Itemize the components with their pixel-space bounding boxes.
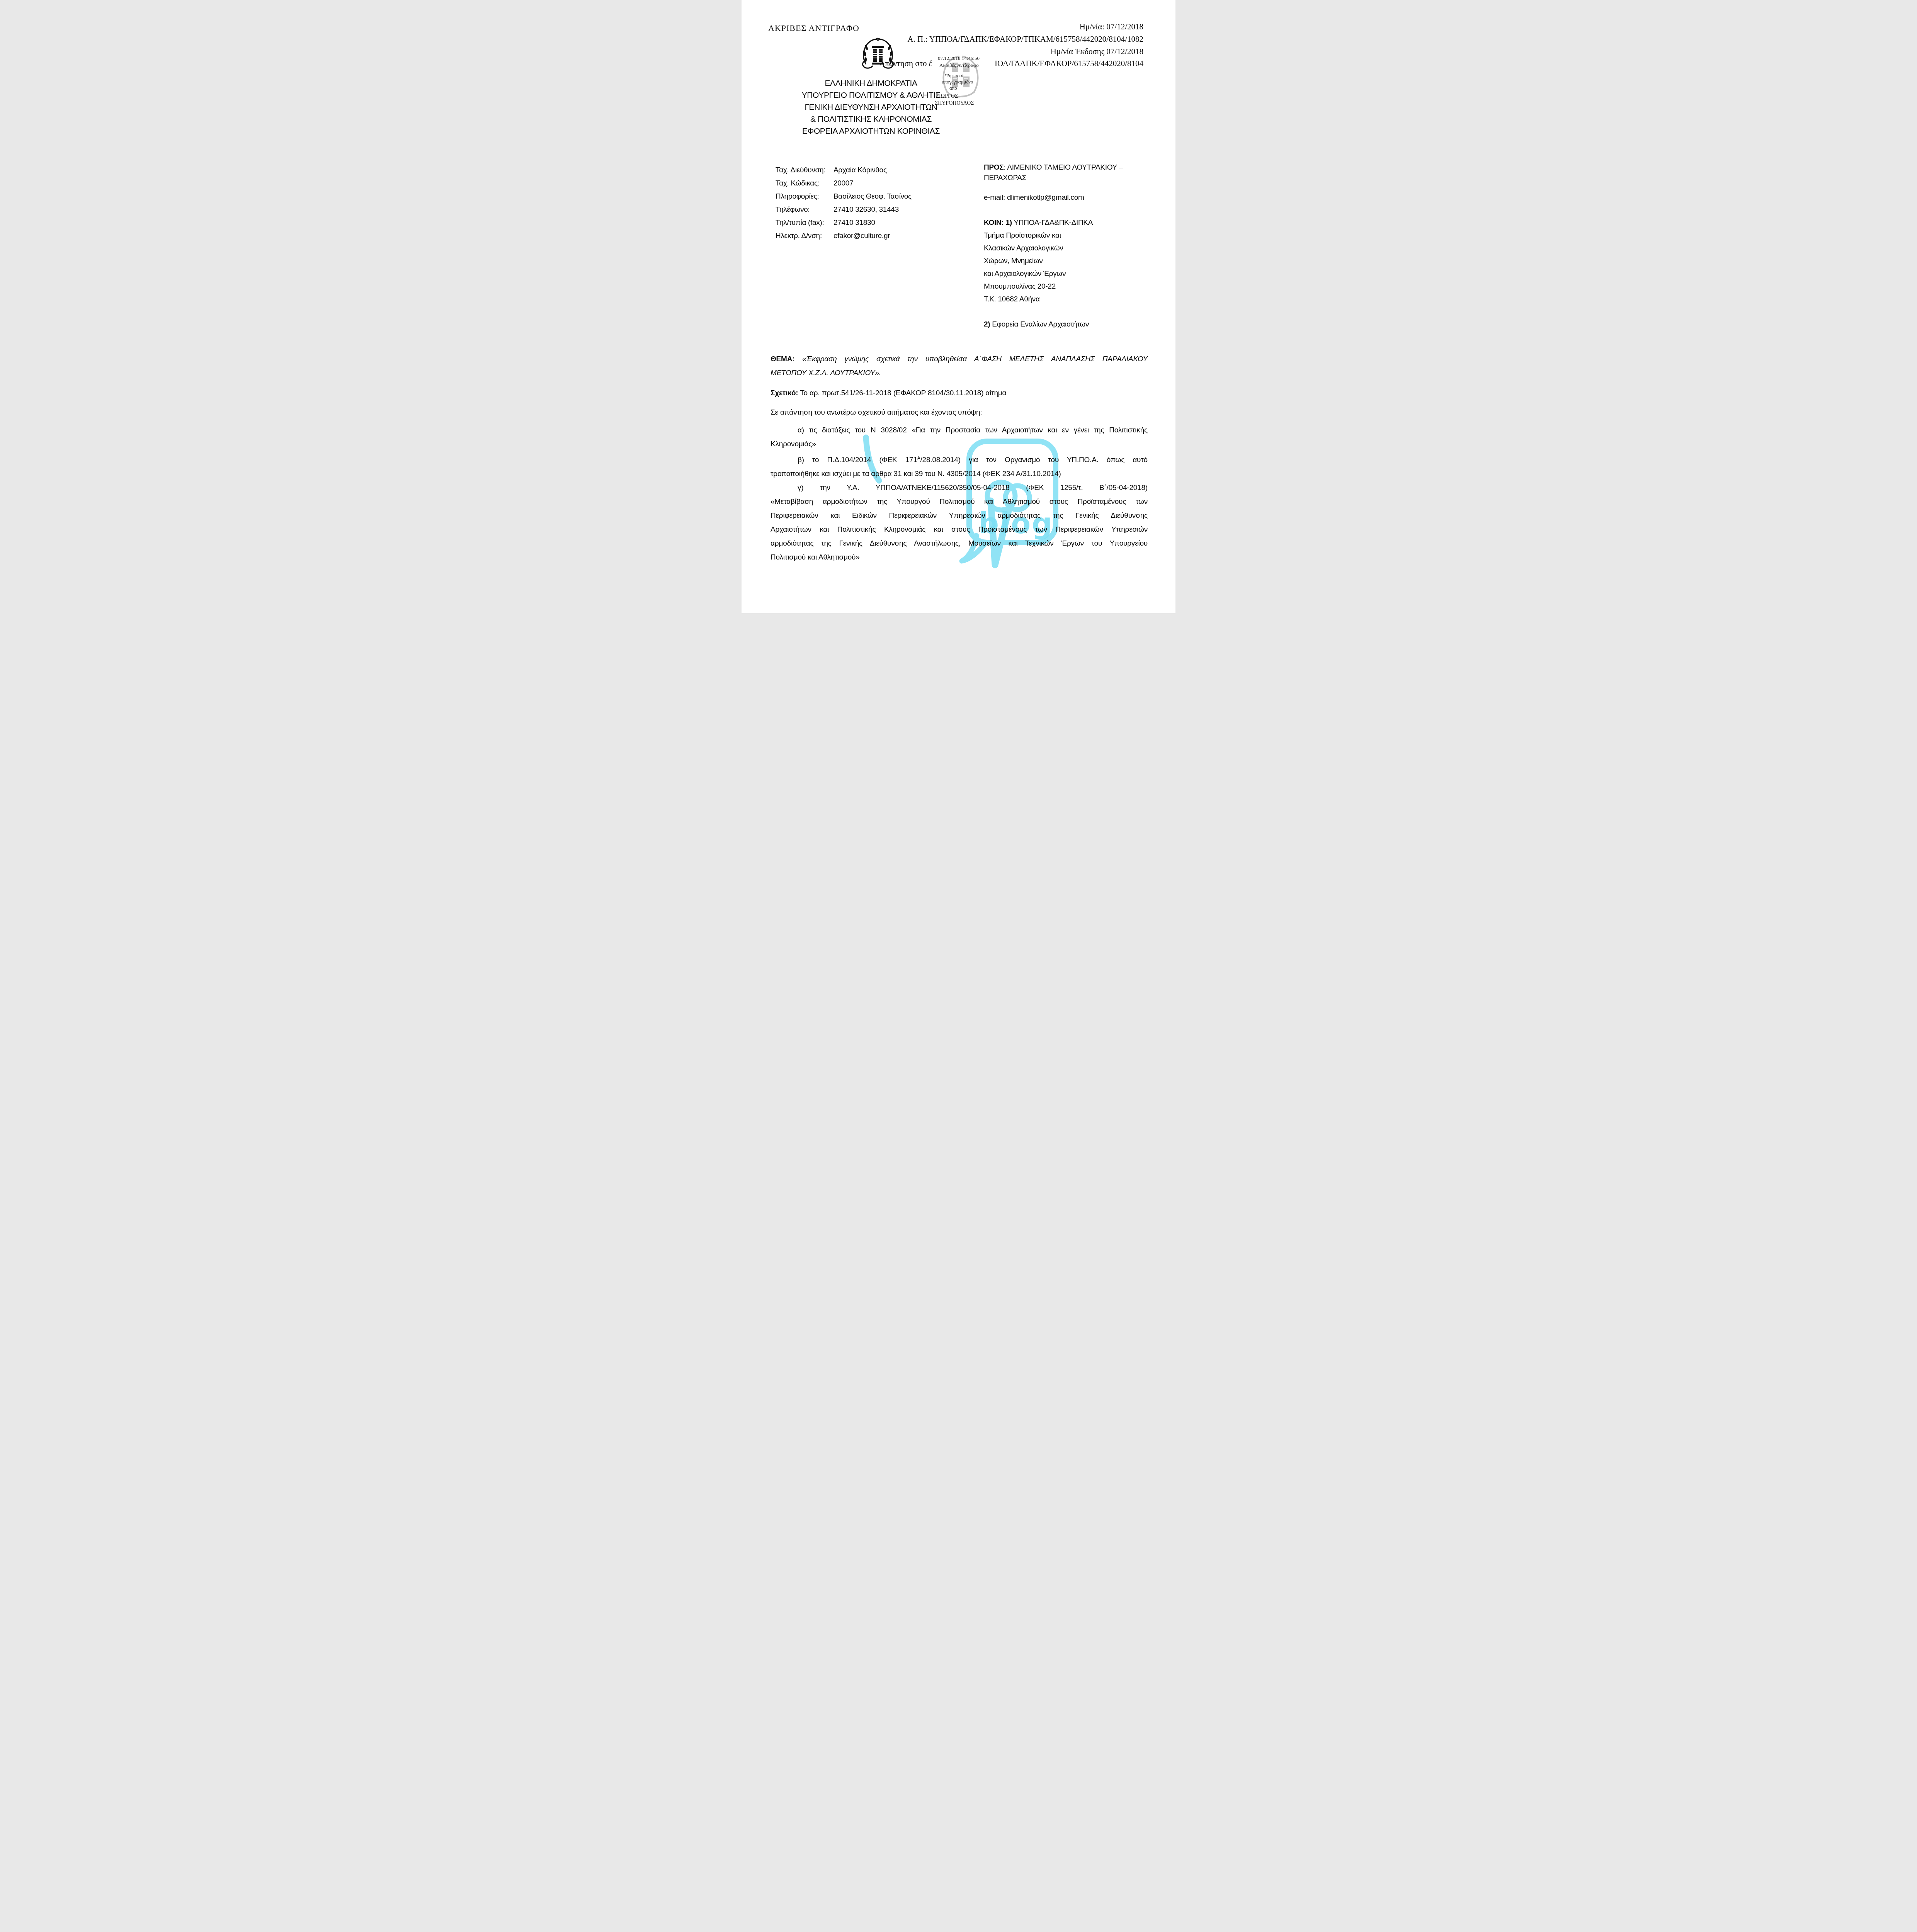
- stamp-datetime: 07.12.2018 14:46:50: [938, 55, 980, 61]
- contact-value: 20007: [833, 179, 957, 192]
- cc-second-recipient-line: 2) Εφορεία Εναλίων Αρχαιοτήτων: [984, 318, 1146, 331]
- subject-line-1: ΘΕΜΑ: «Έκφραση γνώμης σχετικά την υποβλη…: [771, 352, 1148, 366]
- cc-line: και Αρχαιολογικών Έργων: [984, 267, 1146, 280]
- contact-row: Ταχ. Διεύθυνση: Αρχαία Κόρινθος: [776, 166, 957, 179]
- cc-second-label: 2): [984, 320, 990, 328]
- cc-line: Μπουμπουλίνας 20-22: [984, 280, 1146, 293]
- contact-value: Βασίλειος Θεοφ. Τασίνος: [833, 192, 957, 206]
- contact-row: Τηλέφωνο: 27410 32630, 31443: [776, 206, 957, 219]
- cc-line: Κλασικών Αρχαιολογικών: [984, 242, 1146, 255]
- subject-paragraph: ΘΕΜΑ: «Έκφραση γνώμης σχετικά την υποβλη…: [771, 352, 1148, 380]
- item-c-line-5: αρμοδιότητας της Γενικής Διεύθυνσης Ανασ…: [771, 537, 1148, 551]
- recipient-block: ΠΡΟΣ: ΛΙΜΕΝΙΚΟ ΤΑΜΕΙΟ ΛΟΥΤΡΑΚΙΟΥ – ΠΕΡΑΧ…: [984, 162, 1141, 203]
- item-c-line-2: «Μεταβίβαση αρμοδιοτήτων της Υπουργού Πο…: [771, 495, 1148, 509]
- contact-label: Τηλέφωνο:: [776, 206, 833, 219]
- item-c-paragraph: γ) την Υ.Α. ΥΠΠΟΑ/ΑΤΝΕΚΕ/115620/350/05-0…: [771, 481, 1148, 565]
- subject-text-1: «Έκφραση γνώμης σχετικά την υποβληθείσα …: [802, 355, 1148, 363]
- recipient-line: ΠΡΟΣ: ΛΙΜΕΝΙΚΟ ΤΑΜΕΙΟ ΛΟΥΤΡΑΚΙΟΥ – ΠΕΡΑΧ…: [984, 162, 1141, 183]
- item-b-superscript: Α: [917, 456, 920, 461]
- issue-date-line: Ημ/νία Έκδοσης 07/12/2018: [1051, 47, 1143, 56]
- item-a-line-1: α) τις διατάξεις του Ν 3028/02 «Για την …: [771, 423, 1148, 437]
- item-c-line-6: Πολιτισμού και Αθλητισμού»: [771, 551, 1148, 565]
- document-body: ΘΕΜΑ: «Έκφραση γνώμης σχετικά την υποβλη…: [771, 352, 1148, 565]
- stamp-digitally-signed-1: Ψηφιακά: [945, 73, 963, 79]
- date-line: Ημ/νία: 07/12/2018: [1080, 22, 1143, 32]
- document-page: blog ΑΚΡΙΒΕΣ ΑΝΤΙΓΡΑΦΟ Ημ/νία: 07/12/201…: [742, 0, 1175, 613]
- stamp-signer-first-name: ΓΙΩΡΓΟΣ: [936, 94, 958, 100]
- contact-label: Τηλ/τυπία (fax):: [776, 219, 833, 232]
- contact-value: Αρχαία Κόρινθος: [833, 166, 957, 179]
- reference-text: Το αρ. πρωτ.541/26-11-2018 (ΕΦΑΚΟΡ 8104/…: [798, 389, 1006, 397]
- item-b-line-1-post: /28.08.2014) για τον Οργανισμό του ΥΠ.ΠΟ…: [920, 456, 1148, 464]
- agency-block: ΕΛΛΗΝΙΚΗ ΔΗΜΟΚΡΑΤΙΑ ΥΠΟΥΡΓΕΙΟ ΠΟΛΙΤΙΣΜΟΥ…: [785, 77, 957, 137]
- subject-label: ΘΕΜΑ:: [771, 355, 794, 363]
- recipient-name: : ΛΙΜΕΝΙΚΟ ΤΑΜΕΙΟ ΛΟΥΤΡΑΚΙΟΥ – ΠΕΡΑΧΩΡΑΣ: [984, 163, 1123, 182]
- contact-row: Πληροφορίες: Βασίλειος Θεοφ. Τασίνος: [776, 192, 957, 206]
- item-a-paragraph: α) τις διατάξεις του Ν 3028/02 «Για την …: [771, 423, 1148, 451]
- contact-value: 27410 32630, 31443: [833, 206, 957, 219]
- item-c-line-3: Περιφερειακών και Ειδικών Περιφερειακών …: [771, 509, 1148, 523]
- contact-email: efakor@culture.gr: [833, 232, 957, 245]
- cc-first-recipient: ΥΠΠΟΑ-ΓΔΑ&ΠΚ-ΔΙΠΚΑ: [1014, 219, 1093, 227]
- agency-line-republic: ΕΛΛΗΝΙΚΗ ΔΗΜΟΚΡΑΤΙΑ: [785, 77, 957, 89]
- item-c-line-4: Αρχαιοτήτων και Πολιτιστικής Κληρονομιάς…: [771, 523, 1148, 537]
- stamp-digitally-signed-2: υπογεγραμμένο: [942, 79, 973, 85]
- protocol-line: Α. Π.: ΥΠΠΟΑ/ΓΔΑΠΚ/ΕΦΑΚΟΡ/ΤΠΚΑΜ/615758/4…: [907, 34, 1143, 44]
- cc-line-1: ΚΟΙΝ: 1) ΥΠΠΟΑ-ΓΔΑ&ΠΚ-ΔΙΠΚΑ: [984, 216, 1146, 229]
- reference-label: Σχετικό:: [771, 389, 798, 397]
- contact-row: Ηλεκτρ. Δ/νση: efakor@culture.gr: [776, 232, 957, 245]
- recipient-label: ΠΡΟΣ: [984, 163, 1004, 172]
- item-b-paragraph: β) το Π.Δ.104/2014 (ΦΕΚ 171Α/28.08.2014)…: [771, 451, 1148, 481]
- contact-label: Πληροφορίες:: [776, 192, 833, 206]
- cc-block: ΚΟΙΝ: 1) ΥΠΠΟΑ-ΓΔΑ&ΠΚ-ΔΙΠΚΑ Τμήμα Προϊστ…: [984, 216, 1146, 331]
- intro-paragraph: Σε απάντηση του ανωτέρω σχετικού αιτήματ…: [771, 406, 1148, 420]
- recipient-email: e-mail: dlimenikotlp@gmail.com: [984, 192, 1141, 203]
- item-b-line-1-pre: β) το Π.Δ.104/2014 (ΦΕΚ 171: [798, 456, 917, 464]
- cc-line: Χώρων, Μνημείων: [984, 255, 1146, 267]
- item-b-line-2: τροποποιήθηκε και ισχύει με τα άρθρα 31 …: [771, 467, 1148, 481]
- cc-line: Τ.Κ. 10682 Αθήνα: [984, 293, 1146, 306]
- stamp-certified-copy: Ακριβές Αντίγραφο: [939, 62, 979, 68]
- contact-value: 27410 31830: [833, 219, 957, 232]
- contact-row: Τηλ/τυπία (fax): 27410 31830: [776, 219, 957, 232]
- item-a-line-2: Κληρονομιάς»: [771, 437, 1148, 451]
- contact-label: Ταχ. Διεύθυνση:: [776, 166, 833, 179]
- agency-line-directorate: ΓΕΝΙΚΗ ΔΙΕΥΘΥΝΣΗ ΑΡΧΑΙΟΤΗΤΩΝ: [785, 101, 957, 113]
- item-c-line-1: γ) την Υ.Α. ΥΠΠΟΑ/ΑΤΝΕΚΕ/115620/350/05-0…: [771, 481, 1148, 495]
- reply-reference-suffix: ΙΟΑ/ΓΔΑΠΚ/ΕΦΑΚΟΡ/615758/442020/8104: [995, 59, 1143, 68]
- contact-label: Ηλεκτρ. Δ/νση:: [776, 232, 833, 245]
- stamp-signer-last-name: ΣΠΥΡΟΠΟΥΛΟΣ: [935, 100, 974, 107]
- exact-copy-label: ΑΚΡΙΒΕΣ ΑΝΤΙΓΡΑΦΟ: [768, 23, 859, 33]
- agency-line-heritage: & ΠΟΛΙΤΙΣΤΙΚΗΣ ΚΛΗΡΟΝΟΜΙΑΣ: [785, 113, 957, 125]
- ministry-emblem-icon: [859, 37, 897, 70]
- contact-block: Ταχ. Διεύθυνση: Αρχαία Κόρινθος Ταχ. Κώδ…: [776, 166, 957, 245]
- contact-label: Ταχ. Κώδικας:: [776, 179, 833, 192]
- item-b-line-1: β) το Π.Δ.104/2014 (ΦΕΚ 171Α/28.08.2014)…: [771, 451, 1148, 467]
- cc-line: Τμήμα Προϊστορικών και: [984, 229, 1146, 242]
- stamp-digitally-signed-3: από: [949, 85, 957, 91]
- reference-paragraph: Σχετικό: Το αρ. πρωτ.541/26-11-2018 (ΕΦΑ…: [771, 386, 1148, 400]
- cc-second-recipient: Εφορεία Εναλίων Αρχαιοτήτων: [992, 320, 1089, 328]
- subject-text-2: ΜΕΤΩΠΟΥ Χ.Ζ.Λ. ΛΟΥΤΡΑΚΙΟΥ».: [771, 366, 1148, 380]
- agency-line-ministry: ΥΠΟΥΡΓΕΙΟ ΠΟΛΙΤΙΣΜΟΥ & ΑΘΛΗΤΙΣ: [785, 89, 957, 101]
- contact-row: Ταχ. Κώδικας: 20007: [776, 179, 957, 192]
- agency-line-ephorate: ΕΦΟΡΕΙΑ ΑΡΧΑΙΟΤΗΤΩΝ ΚΟΡΙΝΘΙΑΣ: [785, 125, 957, 137]
- cc-label: ΚΟΙΝ: 1): [984, 219, 1012, 227]
